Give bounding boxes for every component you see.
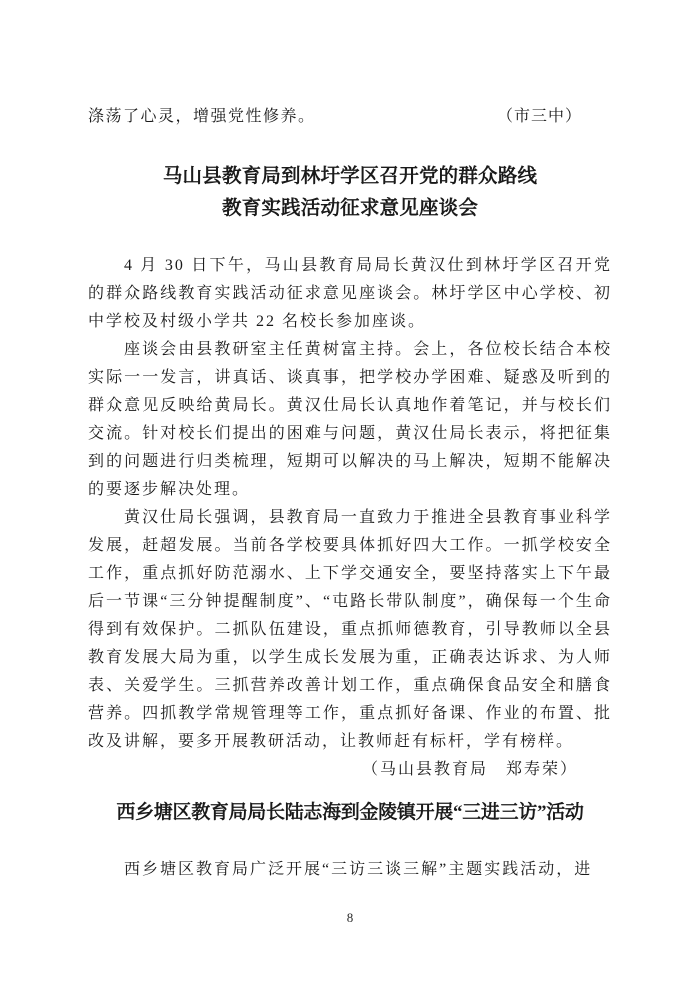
article2-title: 西乡塘区教育局局长陆志海到金陵镇开展“三进三访”活动 xyxy=(88,800,612,826)
article1-title-line2: 教育实践活动征求意见座谈会 xyxy=(88,193,612,225)
intro-attribution: （市三中） xyxy=(497,103,612,131)
page-content: 涤荡了心灵，增强党性修养。 （市三中） 马山县教育局到林圩学区召开党的群众路线 … xyxy=(88,0,612,884)
article1-attribution: （马山县教育局 郑寿荣） xyxy=(88,756,612,784)
intro-text: 涤荡了心灵，增强党性修养。 xyxy=(88,103,316,131)
document-page: 涤荡了心灵，增强党性修养。 （市三中） 马山县教育局到林圩学区召开党的群众路线 … xyxy=(0,0,700,990)
page-number: 8 xyxy=(0,910,700,926)
article1-title: 马山县教育局到林圩学区召开党的群众路线 教育实践活动征求意见座谈会 xyxy=(88,161,612,225)
article2-paragraph-1: 西乡塘区教育局广泛开展“三访三谈三解”主题实践活动，进 xyxy=(88,856,612,884)
article1-paragraph-1: 4 月 30 日下午，马山县教育局局长黄汉仕到林圩学区召开党的群众路线教育实践活… xyxy=(88,252,612,336)
article1-paragraph-3: 黄汉仕局长强调，县教育局一直致力于推进全县教育事业科学发展，赶超发展。当前各学校… xyxy=(88,504,612,756)
article1-body: 4 月 30 日下午，马山县教育局局长黄汉仕到林圩学区召开党的群众路线教育实践活… xyxy=(88,252,612,784)
intro-line: 涤荡了心灵，增强党性修养。 （市三中） xyxy=(88,103,612,131)
article1-title-line1: 马山县教育局到林圩学区召开党的群众路线 xyxy=(88,161,612,193)
article1-paragraph-2: 座谈会由县教研室主任黄树富主持。会上，各位校长结合本校实际一一发言，讲真话、谈真… xyxy=(88,336,612,504)
